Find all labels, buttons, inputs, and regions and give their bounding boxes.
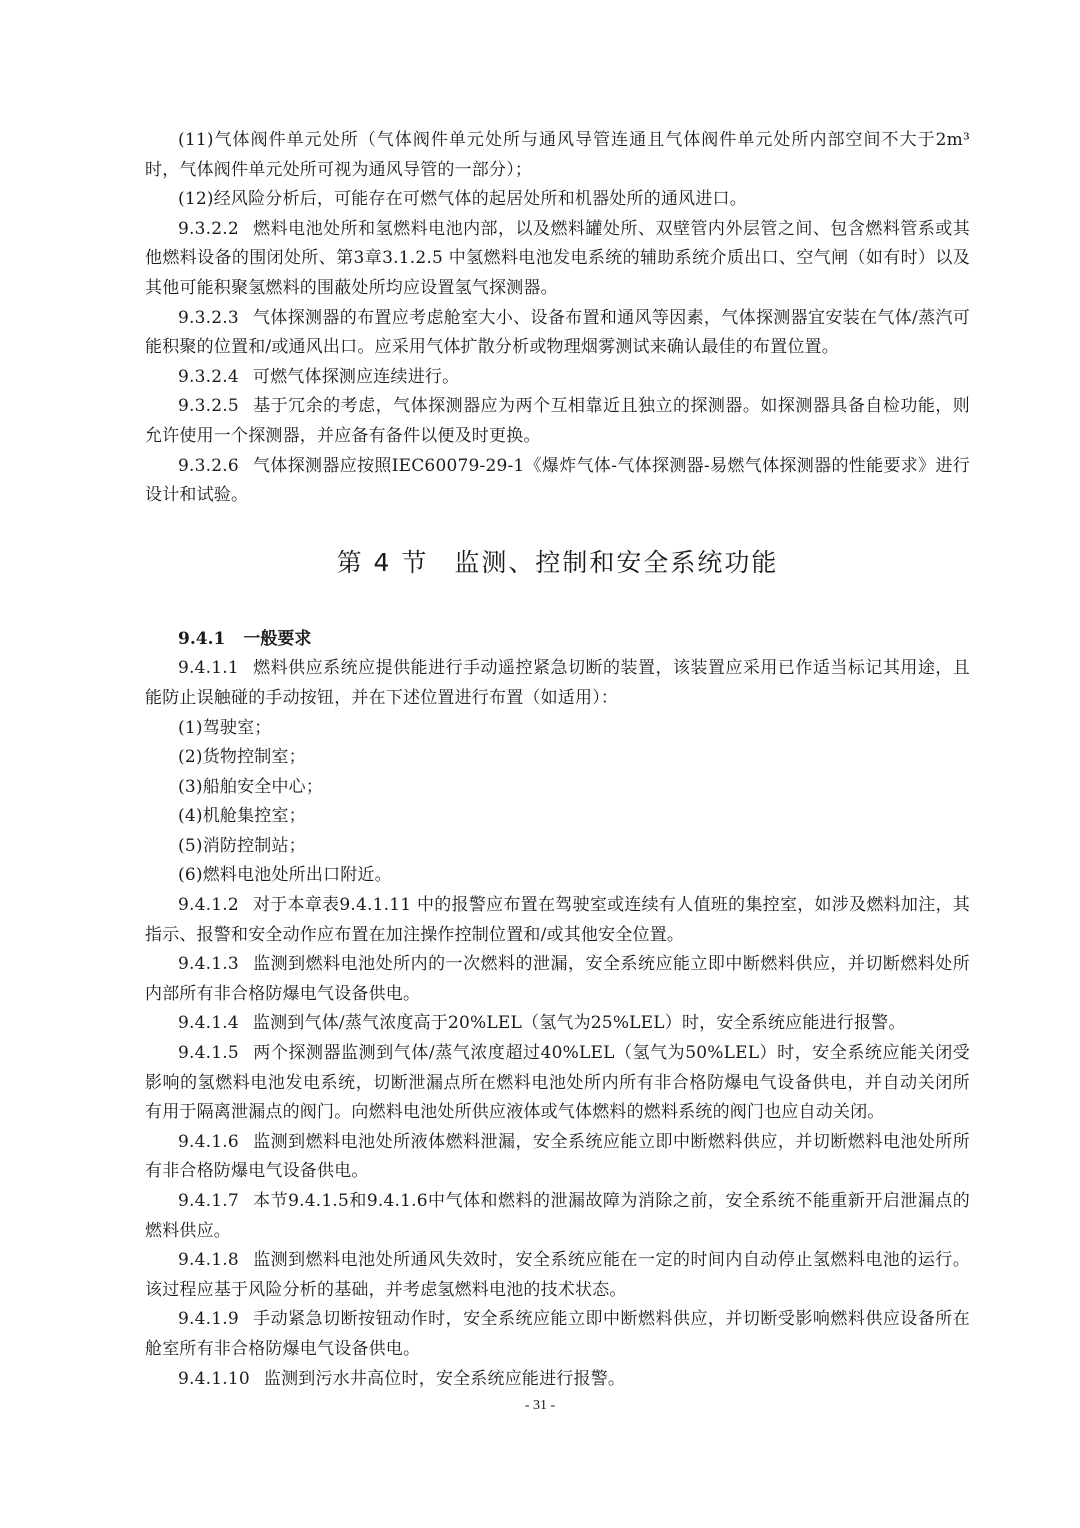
subsection-heading: 9.4.1一般要求 [145,625,970,655]
paragraph: 9.4.1.3监测到燃料电池处所内的一次燃料的泄漏，安全系统应能立即中断燃料供应… [145,950,970,1009]
paragraph: (4)机舱集控室； [145,802,970,832]
clause-text: 对于本章表9.4.1.11 中的报警应布置在驾驶室或连续有人值班的集控室，如涉及… [145,895,970,945]
clause-text: 燃料供应系统应提供能进行手动遥控紧急切断的装置，该装置应采用已作适当标记其用途，… [145,658,970,708]
clause-number: 9.4.1.2 [178,895,239,915]
paragraph: (6)燃料电池处所出口附近。 [145,861,970,891]
clause-number: 9.4.1.10 [178,1369,250,1389]
section-number: 第 4 节 [337,548,429,577]
paragraph: (1)驾驶室； [145,714,970,744]
clause-number: 9.3.2.5 [178,396,239,416]
paragraph: 9.3.2.5基于冗余的考虑，气体探测器应为两个互相靠近且独立的探测器。如探测器… [145,392,970,451]
clause-number: 9.4.1.6 [178,1132,239,1152]
clause-text: 两个探测器监测到气体/蒸气浓度超过40%LEL（氢气为50%LEL）时，安全系统… [145,1043,970,1122]
clause-text: 监测到燃料电池处所液体燃料泄漏，安全系统应能立即中断燃料供应，并切断燃料电池处所… [145,1132,970,1182]
subsection-title: 一般要求 [243,629,311,649]
paragraph: 9.3.2.2燃料电池处所和氢燃料电池内部，以及燃料罐处所、双壁管内外层管之间、… [145,215,970,304]
clause-text: 气体探测器的布置应考虑舱室大小、设备布置和通风等因素，气体探测器宜安装在气体/蒸… [145,308,970,358]
paragraph: 9.3.2.6气体探测器应按照IEC60079-29-1《爆炸气体-气体探测器-… [145,452,970,511]
clause-number: (3) [178,777,203,797]
paragraph: (12)经风险分析后，可能存在可燃气体的起居处所和机器处所的通风进口。 [145,185,970,215]
paragraph: 9.4.1.5两个探测器监测到气体/蒸气浓度超过40%LEL（氢气为50%LEL… [145,1039,970,1128]
clause-number: 9.3.2.2 [178,219,239,239]
paragraph: 9.4.1.4监测到气体/蒸气浓度高于20%LEL（氢气为25%LEL）时，安全… [145,1009,970,1039]
paragraph: (2)货物控制室； [145,743,970,773]
clause-number: (5) [178,836,203,856]
clause-number: 9.4.1.5 [178,1043,239,1063]
paragraph: 9.3.2.4可燃气体探测应连续进行。 [145,363,970,393]
clause-text: 可燃气体探测应连续进行。 [253,367,459,387]
paragraph: 9.4.1.2对于本章表9.4.1.11 中的报警应布置在驾驶室或连续有人值班的… [145,891,970,950]
section-title: 监测、控制和安全系统功能 [454,548,778,577]
paragraph: 9.4.1.10监测到污水井高位时，安全系统应能进行报警。 [145,1365,970,1395]
paragraph: 9.4.1.6监测到燃料电池处所液体燃料泄漏，安全系统应能立即中断燃料供应，并切… [145,1128,970,1187]
clause-number: 9.4.1.3 [178,954,239,974]
clause-number: 9.3.2.3 [178,308,239,328]
clause-number: 9.4.1.1 [178,658,239,678]
clause-text: 监测到燃料电池处所内的一次燃料的泄漏，安全系统应能立即中断燃料供应，并切断燃料处… [145,954,970,1004]
clause-number: (2) [178,747,203,767]
clause-text: 监测到污水井高位时，安全系统应能进行报警。 [264,1369,625,1389]
subsection-number: 9.4.1 [178,629,225,649]
clause-text: 货物控制室； [203,747,306,767]
clause-number: 9.3.2.6 [178,456,239,476]
clause-number: 9.4.1.4 [178,1013,239,1033]
clause-number: (12) [178,189,214,209]
clause-text: 手动紧急切断按钮动作时，安全系统应能立即中断燃料供应，并切断受影响燃料供应设备所… [145,1309,970,1359]
section-9-4-1-paragraphs: 9.4.1.1燃料供应系统应提供能进行手动遥控紧急切断的装置，该装置应采用已作适… [145,654,970,1394]
clause-text: 机舱集控室； [203,806,306,826]
paragraph: (3)船舶安全中心； [145,773,970,803]
clause-number: (11) [178,130,214,150]
clause-number: 9.4.1.7 [178,1191,239,1211]
paragraph: (5)消防控制站； [145,832,970,862]
clause-text: 燃料电池处所出口附近。 [203,865,392,885]
paragraph: (11)气体阀件单元处所（气体阀件单元处所与通风导管连通且气体阀件单元处所内部空… [145,126,970,185]
clause-text: 燃料电池处所和氢燃料电池内部，以及燃料罐处所、双壁管内外层管之间、包含燃料管系或… [145,219,970,298]
clause-text: 船舶安全中心； [203,777,323,797]
paragraph: 9.3.2.3气体探测器的布置应考虑舱室大小、设备布置和通风等因素，气体探测器宜… [145,304,970,363]
paragraph: 9.4.1.8监测到燃料电池处所通风失效时，安全系统应能在一定的时间内自动停止氢… [145,1246,970,1305]
clause-text: 基于冗余的考虑，气体探测器应为两个互相靠近且独立的探测器。如探测器具备自检功能，… [145,396,970,446]
clause-text: 本节9.4.1.5和9.4.1.6中气体和燃料的泄漏故障为消除之前，安全系统不能… [145,1191,970,1241]
clause-number: 9.3.2.4 [178,367,239,387]
clause-text: 气体探测器应按照IEC60079-29-1《爆炸气体-气体探测器-易燃气体探测器… [145,456,970,506]
clause-text: 经风险分析后，可能存在可燃气体的起居处所和机器处所的通风进口。 [214,189,747,209]
clause-text: 气体阀件单元处所（气体阀件单元处所与通风导管连通且气体阀件单元处所内部空间不大于… [145,130,970,180]
section-heading: 第 4 节监测、控制和安全系统功能 [145,545,970,581]
page-number: - 31 - [0,1398,1080,1414]
paragraph: 9.4.1.7本节9.4.1.5和9.4.1.6中气体和燃料的泄漏故障为消除之前… [145,1187,970,1246]
clause-number: 9.4.1.8 [178,1250,239,1270]
clause-text: 监测到气体/蒸气浓度高于20%LEL（氢气为25%LEL）时，安全系统应能进行报… [253,1013,906,1033]
clause-text: 消防控制站； [203,836,306,856]
clause-number: 9.4.1.9 [178,1309,239,1329]
section-9-3-2-paragraphs: (11)气体阀件单元处所（气体阀件单元处所与通风导管连通且气体阀件单元处所内部空… [145,126,970,511]
paragraph: 9.4.1.9手动紧急切断按钮动作时，安全系统应能立即中断燃料供应，并切断受影响… [145,1305,970,1364]
clause-number: (4) [178,806,203,826]
paragraph: 9.4.1.1燃料供应系统应提供能进行手动遥控紧急切断的装置，该装置应采用已作适… [145,654,970,713]
clause-number: (6) [178,865,203,885]
clause-number: (1) [178,718,203,738]
clause-text: 监测到燃料电池处所通风失效时，安全系统应能在一定的时间内自动停止氢燃料电池的运行… [145,1250,970,1300]
document-page: (11)气体阀件单元处所（气体阀件单元处所与通风导管连通且气体阀件单元处所内部空… [145,126,970,1394]
clause-text: 驾驶室； [203,718,272,738]
